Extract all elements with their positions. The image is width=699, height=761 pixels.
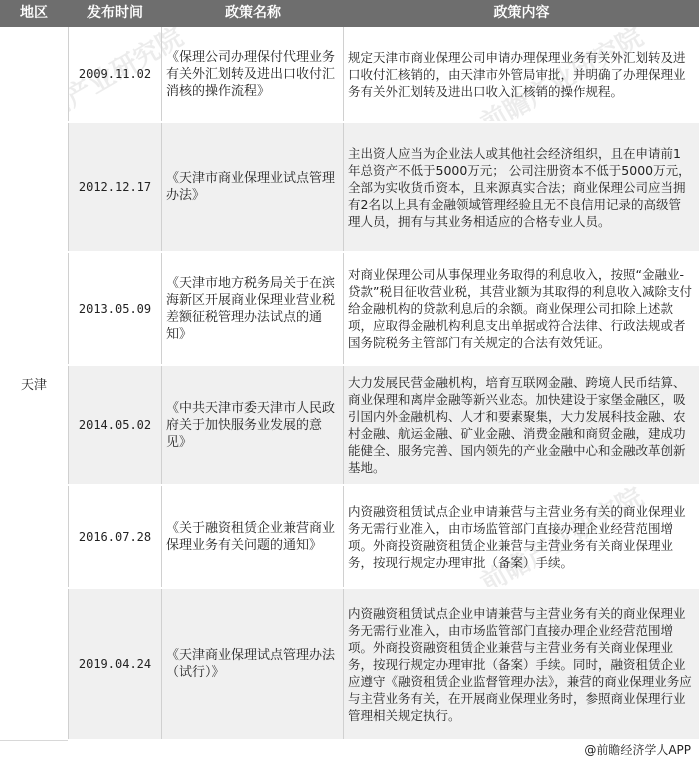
policy-content-cell: 大力发展民营金融机构，培育互联网金融、跨境人民币结算、商业保理和离岸金融等新兴业… [344, 366, 699, 484]
policy-content-cell: 规定天津市商业保理公司申请办理保理业务有关外汇划转及进口收付汇核销的，由天津市外… [344, 27, 699, 121]
policy-content-cell: 主出资人应当为企业法人或其他社会经济组织，且在申请前1年总资产不低于5000万元… [344, 123, 699, 251]
source-credit: @前瞻经济学人APP [584, 741, 691, 758]
region-cell: 天津 [0, 27, 68, 741]
table-row: 2009.11.02 《保理公司办理保付代理业务有关外汇划转及进出口收付汇消核的… [68, 27, 699, 123]
policy-name-cell: 《中共天津市委天津市人民政府关于加快服务业发展的意见》 [162, 366, 344, 484]
date-cell: 2016.07.28 [68, 486, 162, 587]
policy-name-cell: 《关于融资租赁企业兼营商业保理业务有关问题的通知》 [162, 486, 344, 587]
date-cell: 2012.12.17 [68, 123, 162, 251]
policy-name-cell: 《天津市商业保理业试点管理办法》 [162, 123, 344, 251]
table-row: 2014.05.02 《中共天津市委天津市人民政府关于加快服务业发展的意见》 大… [68, 366, 699, 486]
date-cell: 2014.05.02 [68, 366, 162, 484]
policy-name-cell: 《天津市地方税务局关于在滨海新区开展商业保理业营业税差额征税管理办法试点的通知》 [162, 253, 344, 364]
table-row: 2013.05.09 《天津市地方税务局关于在滨海新区开展商业保理业营业税差额征… [68, 253, 699, 366]
policy-name-cell: 《天津商业保理试点管理办法（试行）》 [162, 589, 344, 739]
date-cell: 2009.11.02 [68, 27, 162, 121]
table-body: 天津 2009.11.02 《保理公司办理保付代理业务有关外汇划转及进出口收付汇… [0, 27, 699, 741]
policy-table: 地区 发布时间 政策名称 政策内容 天津 2009.11.02 《保理公司办理保… [0, 0, 699, 741]
date-cell: 2019.04.24 [68, 589, 162, 739]
table-header: 地区 发布时间 政策名称 政策内容 [0, 0, 699, 27]
table-row: 2016.07.28 《关于融资租赁企业兼营商业保理业务有关问题的通知》 内资融… [68, 486, 699, 589]
header-date: 发布时间 [68, 0, 162, 27]
table-row: 2012.12.17 《天津市商业保理业试点管理办法》 主出资人应当为企业法人或… [68, 123, 699, 253]
policy-content-cell: 对商业保理公司从事保理业务取得的利息收入，按照“金融业-贷款”税目征收营业税，其… [344, 253, 699, 364]
policy-content-cell: 内资融资租赁试点企业申请兼营与主营业务有关的商业保理业务无需行业准入，由市场监管… [344, 486, 699, 587]
date-cell: 2013.05.09 [68, 253, 162, 364]
header-name: 政策名称 [162, 0, 344, 27]
policy-name-cell: 《保理公司办理保付代理业务有关外汇划转及进出口收付汇消核的操作流程》 [162, 27, 344, 121]
table-rows: 2009.11.02 《保理公司办理保付代理业务有关外汇划转及进出口收付汇消核的… [68, 27, 699, 741]
table-row: 2019.04.24 《天津商业保理试点管理办法（试行）》 内资融资租赁试点企业… [68, 589, 699, 741]
header-content: 政策内容 [344, 0, 699, 27]
header-region: 地区 [0, 0, 68, 27]
policy-content-cell: 内资融资租赁试点企业申请兼营与主营业务有关的商业保理业务无需行业准入，由市场监管… [344, 589, 699, 739]
